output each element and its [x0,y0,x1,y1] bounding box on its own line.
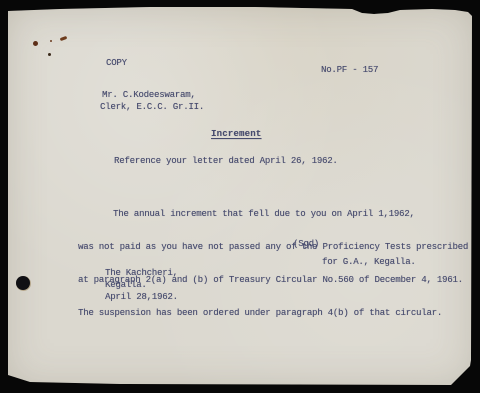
office-town: Kegalla. [105,280,147,291]
addressee-name: Mr. C.Kodeeswaram, [102,90,196,101]
signature-for: for G.A., Kegalla. [322,257,416,268]
addressee-title: Clerk, E.C.C. Gr.II. [100,102,204,113]
body-line: was not paid as you have not passed any … [78,242,468,253]
ink-speck [50,40,52,42]
body-line: The annual increment that fell due to yo… [113,209,468,220]
scanned-letter: COPY No.PF - 157 Mr. C.Kodeeswaram, Cler… [0,0,480,393]
punch-hole [16,276,30,290]
subject-heading: Increment [211,129,261,140]
reference-number: No.PF - 157 [321,65,378,76]
signature-sgd: (Sgd) [293,239,319,250]
ink-speck [33,41,38,46]
letter-date: April 28,1962. [105,292,178,303]
ink-speck [48,53,51,56]
body-line: The suspension has been ordered under pa… [78,308,468,319]
reference-line: Reference your letter dated April 26, 19… [114,156,338,167]
office-name: The Kachcheri, [105,268,178,279]
copy-label: COPY [106,58,127,69]
